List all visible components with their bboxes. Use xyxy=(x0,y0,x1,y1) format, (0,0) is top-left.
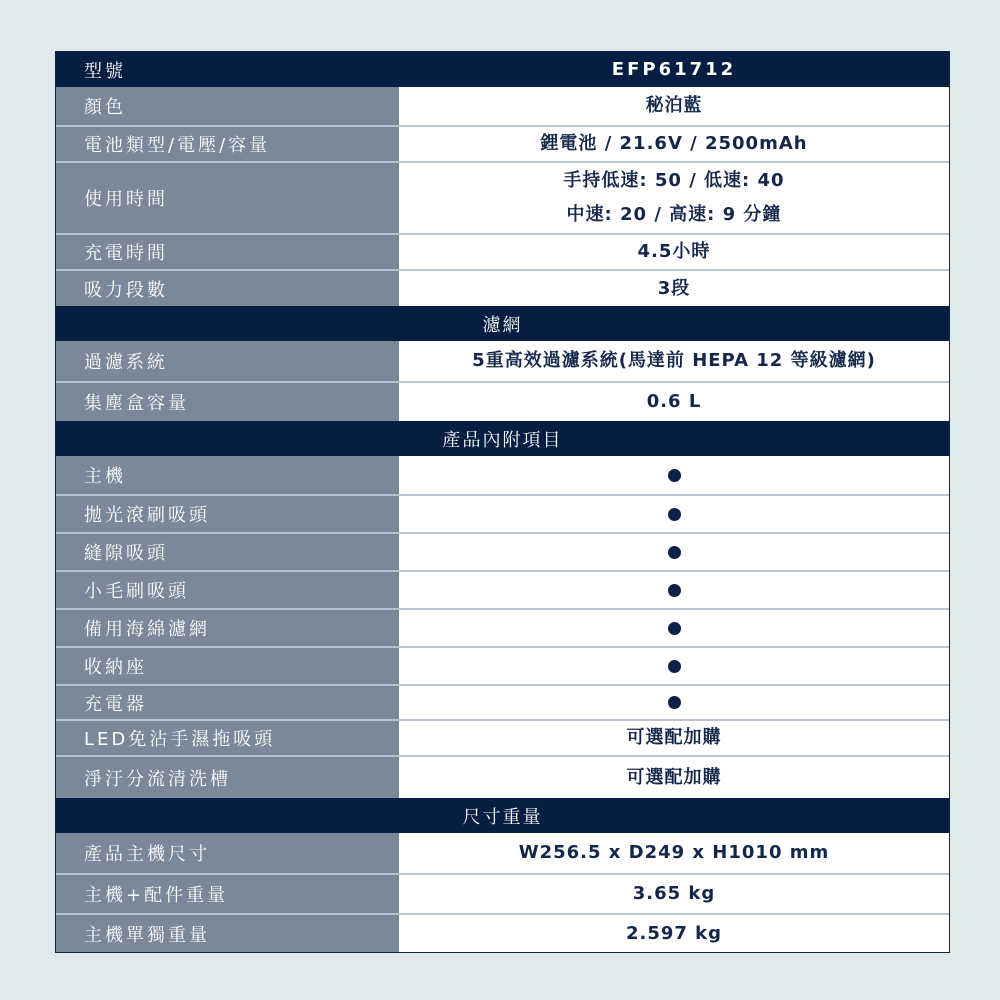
included-dot-icon xyxy=(668,660,681,673)
model-value: EFP61712 xyxy=(399,52,949,87)
spec-label: 主機單獨重量 xyxy=(56,915,399,952)
spec-row-dustbin-capacity: 集塵盒容量 0.6 L xyxy=(56,381,949,421)
spec-row-dimensions: 產品主機尺寸 W256.5 x D249 x H1010 mm xyxy=(56,833,949,873)
spec-row-suction-levels: 吸力段數 3段 xyxy=(56,269,949,306)
spec-row-body-weight: 主機單獨重量 2.597 kg xyxy=(56,913,949,952)
section-header-accessories: 產品內附項目 xyxy=(56,421,949,456)
spec-label: 吸力段數 xyxy=(56,271,399,306)
accessory-label: LED免沾手濕拖吸頭 xyxy=(56,721,399,755)
accessory-label: 充電器 xyxy=(56,686,399,719)
runtime-line-1: 手持低速: 50 / 低速: 40 xyxy=(563,164,784,198)
accessory-label: 主機 xyxy=(56,456,399,494)
spec-value: 秘泊藍 xyxy=(399,87,949,125)
accessory-row: 主機 xyxy=(56,456,949,494)
spec-row-total-weight: 主機+配件重量 3.65 kg xyxy=(56,873,949,913)
spec-label: 集塵盒容量 xyxy=(56,383,399,421)
spec-value-multiline: 手持低速: 50 / 低速: 40 中速: 20 / 高速: 9 分鐘 xyxy=(399,163,949,233)
spec-value: 3段 xyxy=(399,271,949,306)
accessory-row: 收納座 xyxy=(56,646,949,684)
spec-row-runtime: 使用時間 手持低速: 50 / 低速: 40 中速: 20 / 高速: 9 分鐘 xyxy=(56,161,949,233)
spec-label: 產品主機尺寸 xyxy=(56,833,399,873)
spec-label: 充電時間 xyxy=(56,235,399,269)
model-label: 型號 xyxy=(56,52,399,87)
accessory-row: 小毛刷吸頭 xyxy=(56,570,949,608)
included-dot-icon xyxy=(668,508,681,521)
spec-value: 0.6 L xyxy=(399,383,949,421)
accessory-row: LED免沾手濕拖吸頭 可選配加購 xyxy=(56,719,949,755)
spec-label: 顏色 xyxy=(56,87,399,125)
section-header-filter: 濾網 xyxy=(56,306,949,341)
spec-table: 型號 EFP61712 顏色 秘泊藍 電池類型/電壓/容量 鋰電池 / 21.6… xyxy=(55,51,950,953)
accessory-label: 淨汙分流清洗槽 xyxy=(56,757,399,798)
spec-row-color: 顏色 秘泊藍 xyxy=(56,87,949,125)
accessory-label: 縫隙吸頭 xyxy=(56,534,399,570)
accessory-value: 可選配加購 xyxy=(399,757,949,798)
included-dot-icon xyxy=(668,546,681,559)
spec-value: 2.597 kg xyxy=(399,915,949,952)
accessory-value xyxy=(399,496,949,532)
accessory-value xyxy=(399,610,949,646)
runtime-line-2: 中速: 20 / 高速: 9 分鐘 xyxy=(567,198,782,232)
accessory-label: 備用海綿濾網 xyxy=(56,610,399,646)
accessory-row: 備用海綿濾網 xyxy=(56,608,949,646)
section-header-dimensions: 尺寸重量 xyxy=(56,798,949,833)
included-dot-icon xyxy=(668,622,681,635)
spec-row-battery: 電池類型/電壓/容量 鋰電池 / 21.6V / 2500mAh xyxy=(56,125,949,161)
accessory-value: 可選配加購 xyxy=(399,721,949,755)
spec-value: 鋰電池 / 21.6V / 2500mAh xyxy=(399,127,949,161)
accessory-row: 拋光滾刷吸頭 xyxy=(56,494,949,532)
spec-value: 5重高效過濾系統(馬達前 HEPA 12 等級濾網) xyxy=(399,341,949,381)
spec-label: 主機+配件重量 xyxy=(56,875,399,913)
accessory-row: 淨汙分流清洗槽 可選配加購 xyxy=(56,755,949,798)
accessory-label: 收納座 xyxy=(56,648,399,684)
spec-row-filter-system: 過濾系統 5重高效過濾系統(馬達前 HEPA 12 等級濾網) xyxy=(56,341,949,381)
model-row: 型號 EFP61712 xyxy=(56,52,949,87)
accessory-row: 縫隙吸頭 xyxy=(56,532,949,570)
spec-value: 3.65 kg xyxy=(399,875,949,913)
accessory-row: 充電器 xyxy=(56,684,949,719)
accessory-value xyxy=(399,686,949,719)
included-dot-icon xyxy=(668,696,681,709)
accessory-label: 拋光滾刷吸頭 xyxy=(56,496,399,532)
spec-label: 電池類型/電壓/容量 xyxy=(56,127,399,161)
accessory-value xyxy=(399,534,949,570)
accessory-value xyxy=(399,456,949,494)
accessory-label: 小毛刷吸頭 xyxy=(56,572,399,608)
spec-label: 過濾系統 xyxy=(56,341,399,381)
included-dot-icon xyxy=(668,584,681,597)
accessory-value xyxy=(399,572,949,608)
spec-row-charge-time: 充電時間 4.5小時 xyxy=(56,233,949,269)
spec-value: W256.5 x D249 x H1010 mm xyxy=(399,833,949,873)
included-dot-icon xyxy=(668,469,681,482)
spec-label: 使用時間 xyxy=(56,163,399,233)
spec-value: 4.5小時 xyxy=(399,235,949,269)
accessory-value xyxy=(399,648,949,684)
